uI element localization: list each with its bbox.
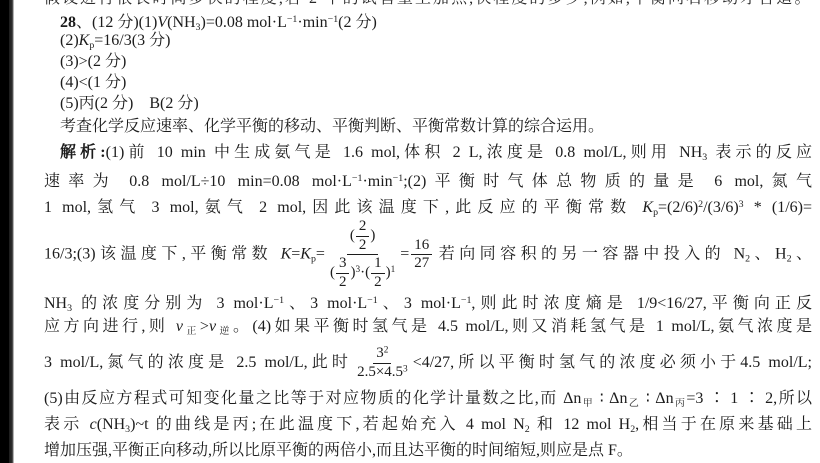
fraction: 322.5×4.53: [354, 345, 411, 381]
clipped-top-line: 假设进行很长时间多快的程度,若 2 中的试管壁上加热,快程度的多少,例如,平衡向…: [44, 0, 812, 9]
answer-line-3: (3)>(2 分): [44, 51, 812, 72]
q-formula-line: 3 mol/L,氮气的浓度是 2.5 mol/L,此时322.5×4.53<4/…: [44, 340, 812, 386]
analysis-line-1: 解析:(1)前 10 min 中生成氨气是 1.6 mol,体积 2 L,浓度是…: [44, 140, 812, 166]
analysis-line-8: 增加压强,平衡正向移动,所以比原平衡的两倍小,而且达平衡的时间缩短,则应是点 F…: [44, 438, 812, 463]
document-body: 假设进行很长时间多快的程度,若 2 中的试管壁上加热,快程度的多少,例如,平衡向…: [14, 0, 820, 463]
fraction: (22)(32)3·(12)1: [327, 218, 398, 292]
fraction: 32: [336, 255, 350, 291]
answer-line-4: (4)<(1 分): [44, 72, 812, 93]
answer-line-2: (2)Kp=16/3(3 分): [44, 30, 812, 51]
analysis-line-6: (5)由反应方程式可知变化量之比等于对应物质的化学计量数之比,而 Δn甲 ∶ Δ…: [44, 386, 812, 412]
analysis-line-4: NH3 的浓度分别为 3 mol·L−1、3 mol·L−1、3 mol·L−1…: [44, 288, 812, 314]
answer-line-1: 28、(12 分)(1)V(NH3)=0.08 mol·L−1·min−1(2 …: [44, 9, 812, 30]
analysis-line-3: 1 mol,氢气 3 mol,氨气 2 mol,因此该温度下,此反应的平衡常数 …: [44, 192, 812, 218]
fraction: 1627: [411, 237, 432, 273]
k-formula-line: 16/3;(3)该温度下,平衡常数 K=Kp=(22)(32)3·(12)1=1…: [44, 218, 812, 288]
analysis-line-2: 速率为 0.8 mol/L÷10 min=0.08 mol·L−1·min−1;…: [44, 166, 812, 192]
analysis-line-7: 表示 c(NH3)~t 的曲线是丙;在此温度下,若起始充入 4 mol N2 和…: [44, 412, 812, 438]
fraction: 22: [356, 218, 370, 254]
answer-line-5: (5)丙(2 分) B(2 分): [44, 93, 812, 114]
answer-key-page: 假设进行很长时间多快的程度,若 2 中的试管壁上加热,快程度的多少,例如,平衡向…: [0, 0, 820, 463]
analysis-line-5: 应方向进行,则 v正>v逆。(4)如果平衡时氢气是 4.5 mol/L,则又消耗…: [44, 314, 812, 340]
scan-edge-bar: [0, 0, 14, 463]
fraction: 12: [371, 255, 385, 291]
summary-line: 考查化学反应速率、化学平衡的移动、平衡判断、平衡常数计算的综合运用。: [44, 114, 812, 140]
